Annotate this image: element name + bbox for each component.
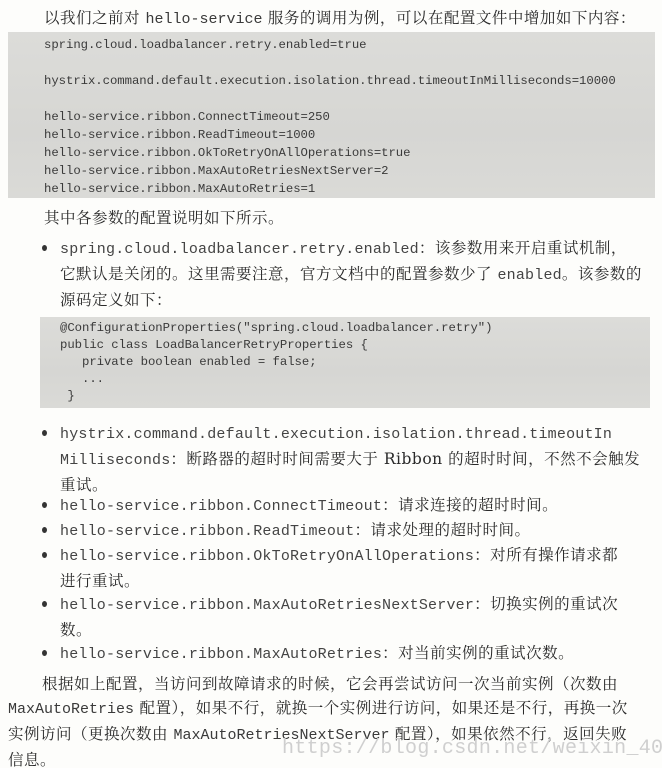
- source-line: }: [60, 389, 75, 403]
- source-line: private boolean enabled = false;: [60, 355, 317, 369]
- param-code-cont: Milliseconds: [60, 452, 170, 469]
- source-line: public class LoadBalancerRetryProperties…: [60, 338, 368, 352]
- config-line: spring.cloud.loadbalancer.retry.enabled=…: [44, 38, 367, 52]
- param-desc-line2: 进行重试。: [60, 572, 140, 590]
- param-desc: ：请求处理的超时时间。: [354, 521, 530, 539]
- param-code: hystrix.command.default.execution.isolat…: [60, 426, 612, 443]
- config-line: hello-service.ribbon.MaxAutoRetriesNextS…: [44, 164, 388, 178]
- param-desc: ：请求连接的超时时间。: [382, 496, 558, 514]
- param-desc: ：对当前实例的重试次数。: [382, 644, 574, 662]
- conclusion-line4: 信息。: [8, 751, 56, 768]
- bullet-icon: [42, 650, 47, 656]
- param-item-ok-to-retry: hello-service.ribbon.OkToRetryOnAllOpera…: [60, 543, 654, 593]
- bullet-icon: [42, 601, 47, 607]
- param-desc: ：切换实例的重试次: [474, 595, 618, 613]
- param-desc-line3: 源码定义如下：: [60, 291, 172, 309]
- param-desc: ：该参数用来开启重试机制，: [419, 239, 627, 257]
- param-desc-line2: 数。: [60, 621, 92, 639]
- param-code: spring.cloud.loadbalancer.retry.enabled: [60, 241, 419, 258]
- source-code-block: @ConfigurationProperties("spring.cloud.l…: [40, 317, 650, 408]
- conclusion-line2: 配置），如果不行，就换一个实例进行访问，如果还是不行，再换一次: [134, 699, 628, 717]
- param-desc-line2: 它默认是关闭的。这里需要注意，官方文档中的配置参数少了: [60, 265, 497, 283]
- param-item-read-timeout: hello-service.ribbon.ReadTimeout：请求处理的超时…: [60, 518, 654, 544]
- config-line: hello-service.ribbon.ReadTimeout=1000: [44, 128, 315, 142]
- bullet-icon: [42, 527, 47, 533]
- intro-prefix: 以我们之前对: [44, 9, 145, 27]
- source-line: @ConfigurationProperties("spring.cloud.l…: [60, 321, 492, 335]
- param-inline-code: enabled: [497, 267, 561, 284]
- params-intro: 其中各参数的配置说明如下所示。: [44, 206, 662, 230]
- param-code: hello-service.ribbon.OkToRetryOnAllOpera…: [60, 548, 474, 565]
- param-item-connect-timeout: hello-service.ribbon.ConnectTimeout：请求连接…: [60, 493, 654, 519]
- param-desc-line2-suffix: 。该参数的: [562, 265, 642, 283]
- param-code: hello-service.ribbon.MaxAutoRetries: [60, 646, 382, 663]
- param-item-retry-enabled: spring.cloud.loadbalancer.retry.enabled：…: [60, 236, 654, 312]
- config-line: hello-service.ribbon.ConnectTimeout=250: [44, 110, 330, 124]
- source-line: ...: [60, 372, 104, 386]
- config-line: hystrix.command.default.execution.isolat…: [44, 74, 616, 88]
- config-code-block: spring.cloud.loadbalancer.retry.enabled=…: [8, 32, 655, 198]
- param-desc: ：对所有操作请求都: [474, 546, 618, 564]
- param-desc: ：断路器的超时时间需要大于 Ribbon 的超时时间，不然不会触发: [170, 450, 640, 468]
- conclusion-code1: MaxAutoRetries: [8, 701, 134, 718]
- conclusion-line3-prefix: 实例访问（更换次数由: [8, 725, 173, 743]
- bullet-icon: [42, 552, 47, 558]
- intro-service-name: hello-service: [145, 11, 262, 28]
- param-code: hello-service.ribbon.ReadTimeout: [60, 523, 354, 540]
- config-line: hello-service.ribbon.MaxAutoRetries=1: [44, 182, 315, 196]
- intro-suffix: 服务的调用为例，可以在配置文件中增加如下内容：: [262, 9, 635, 27]
- intro-paragraph: 以我们之前对 hello-service 服务的调用为例，可以在配置文件中增加如…: [44, 6, 662, 32]
- bullet-icon: [42, 430, 47, 436]
- config-line: hello-service.ribbon.OkToRetryOnAllOpera…: [44, 146, 410, 160]
- watermark: https://blog.csdn.net/weixin_40663800: [282, 737, 662, 760]
- param-item-next-server: hello-service.ribbon.MaxAutoRetriesNextS…: [60, 592, 654, 642]
- param-code: hello-service.ribbon.ConnectTimeout: [60, 498, 382, 515]
- param-code: hello-service.ribbon.MaxAutoRetriesNextS…: [60, 597, 474, 614]
- param-item-hystrix-timeout: hystrix.command.default.execution.isolat…: [60, 421, 654, 497]
- param-item-max-auto-retries: hello-service.ribbon.MaxAutoRetries：对当前实…: [60, 641, 654, 667]
- bullet-icon: [42, 502, 47, 508]
- conclusion-line1: 根据如上配置，当访问到故障请求的时候，它会再尝试访问一次当前实例（次数由: [8, 675, 618, 693]
- bullet-icon: [42, 245, 47, 251]
- param-desc-line3: 重试。: [60, 476, 108, 494]
